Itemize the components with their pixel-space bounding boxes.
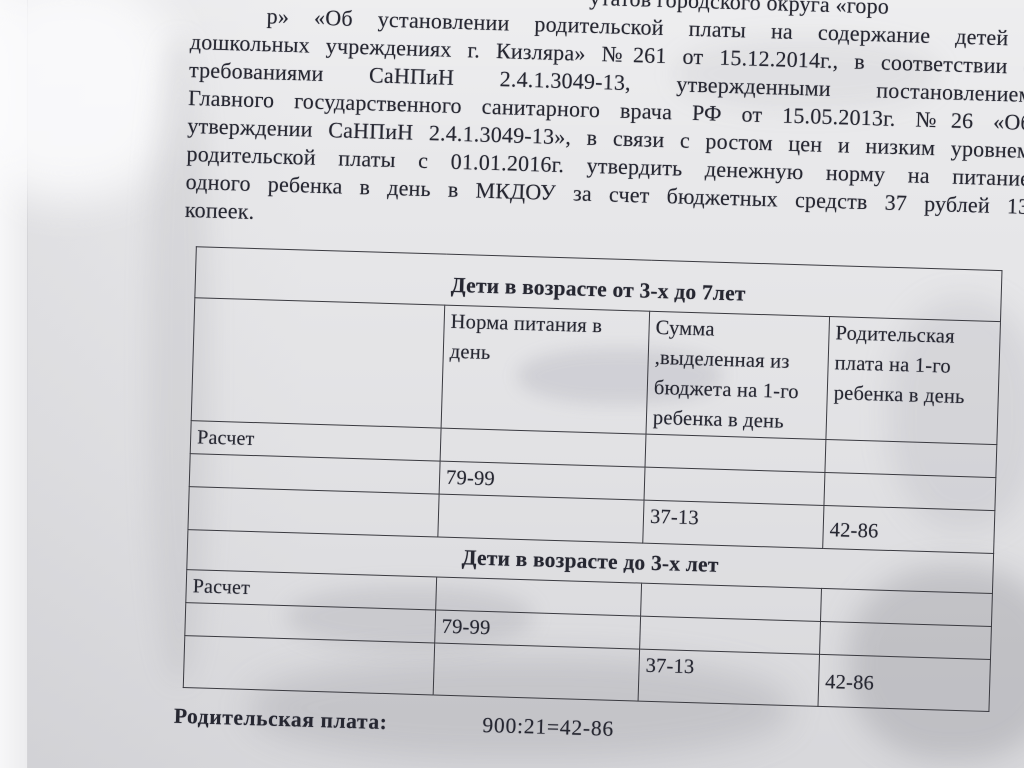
scanned-document-page: утатов городского округа «горо р» «Об ус… bbox=[0, 0, 1024, 768]
empty-cell bbox=[641, 583, 822, 621]
value-parent-under-3: 42-86 bbox=[818, 654, 990, 711]
empty-cell bbox=[433, 643, 639, 701]
empty-cell bbox=[188, 487, 439, 537]
fee-calculation: 900:21=42-86 bbox=[482, 713, 614, 742]
footer-line: Родительская плата: 900:21=42-86 bbox=[174, 704, 1014, 754]
parent-fee-label: Родительская плата: bbox=[174, 704, 388, 735]
decree-paragraph: утатов городского округа «горо р» «Об ус… bbox=[185, 0, 1024, 249]
document-content: утатов городского округа «горо р» «Об ус… bbox=[170, 0, 1024, 754]
value-budget-3-7: 37-13 bbox=[643, 500, 824, 548]
empty-cell bbox=[825, 440, 997, 478]
empty-cell bbox=[438, 494, 644, 543]
col-header-parent: Родительская плата на 1-го ребенка в ден… bbox=[826, 317, 1001, 445]
scan-edge-strip bbox=[0, 0, 28, 768]
empty-cell bbox=[821, 588, 993, 626]
empty-cell bbox=[183, 636, 434, 695]
col-header-norm: Норма питания в день bbox=[441, 305, 650, 434]
col-header-budget: Сумма ,выделенная из бюджета на 1-го реб… bbox=[646, 311, 830, 439]
empty-cell bbox=[824, 472, 996, 510]
empty-cell bbox=[640, 616, 821, 654]
value-parent-3-7: 42-86 bbox=[823, 505, 995, 553]
col-header-empty bbox=[191, 298, 445, 428]
empty-cell bbox=[820, 621, 992, 659]
payment-table: Дети в возрасте от 3-х до 7лет Норма пит… bbox=[183, 246, 1003, 712]
empty-cell bbox=[644, 467, 825, 505]
empty-cell bbox=[645, 434, 826, 472]
value-budget-under-3: 37-13 bbox=[638, 649, 819, 706]
